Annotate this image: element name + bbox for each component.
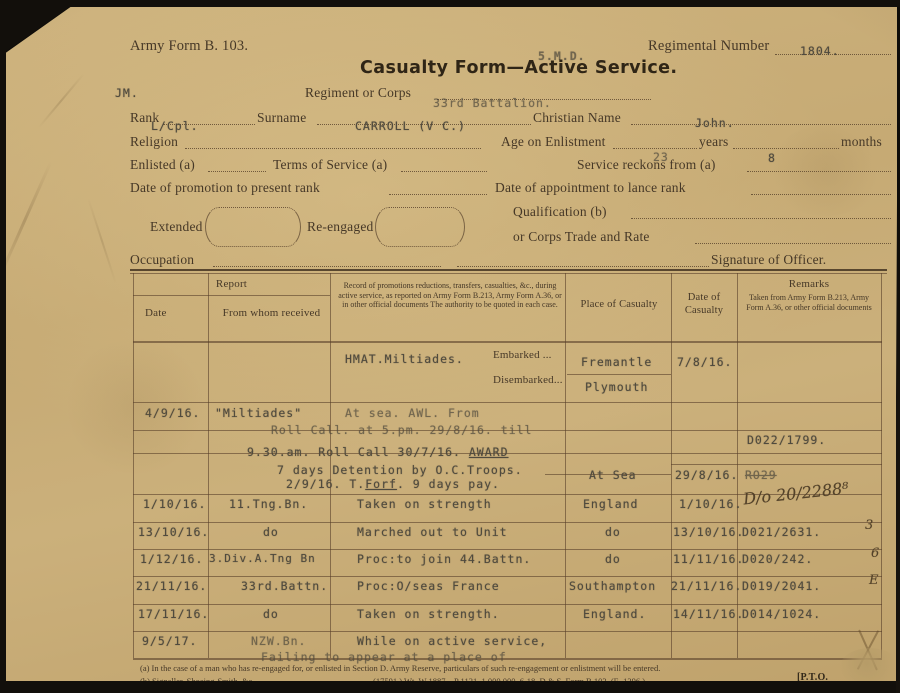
table-border [208,273,209,658]
dotted-line [631,124,891,125]
margin-initials: JM. [115,86,139,100]
paper-crease [38,74,85,129]
row-record-continued: Failing to appear at a place of [261,650,507,664]
paper-crease [0,161,52,281]
row-place: England [583,497,638,511]
dotted-line [401,171,487,172]
enlisted-label: Enlisted (a) [130,157,195,173]
row-from: 11.Tng.Bn. [229,497,308,511]
date-header: Date [145,307,167,319]
extended-entry-box [205,207,301,247]
months-label: months [841,134,882,150]
awl-report-date: 4/9/16. [145,406,200,420]
rule-line [567,374,671,375]
disembarked-label: Disembarked... [493,374,563,386]
dotted-line [631,218,891,219]
dotted-line [747,171,891,172]
row-handwritten-mark: E [869,573,879,588]
surname-label: Surname [257,110,306,126]
rule-line [671,464,882,465]
regiment-label: Regiment or Corps [305,85,411,101]
awl-casualty-date: 29/8/16. [675,468,738,482]
awl-record-line5: 2/9/16. T.Forf. 9 days pay. [286,477,500,491]
awl-record-line3: 9.30.am. Roll Call 30/7/16. AWARD [247,445,509,459]
row-record: Taken on strength. [357,607,500,621]
row-from: NZW.Bn. [251,634,306,648]
rule-line [133,631,882,632]
row-remark: D014/1024. [742,607,821,621]
dotted-line [695,243,891,244]
row-handwritten-mark: 6 [871,546,879,561]
surname-value: CARROLL (V C.) [355,119,466,133]
rule-line [133,522,882,523]
row-remark: D021/2631. [742,525,821,539]
place-header: Place of Casualty [567,299,671,310]
torn-corner [5,6,71,52]
awl-struck-ref: RO29 [745,468,777,482]
rule-line [133,658,882,660]
row-from: do [263,607,279,621]
paper-sheet: Army Form B. 103. 5.M.D. Casualty Form—A… [5,6,897,682]
row-from: 3.Div.A.Tng Bn [209,552,316,565]
embarked-label: Embarked ... [493,349,552,361]
terms-label: Terms of Service (a) [273,157,387,173]
dotted-line [733,148,839,149]
dotted-line [751,194,891,195]
form-number: Army Form B. 103. [130,38,248,55]
lance-label: Date of appointment to lance rank [495,180,686,196]
row-casualty-date: 11/11/16. [673,552,744,566]
dotted-line [213,266,441,267]
years-label: years [699,134,728,150]
row-casualty-date: 21/11/16. [671,579,742,593]
table-border [133,273,134,658]
awl-record-line3-text: 9.30.am. Roll Call 30/7/16. [247,445,461,459]
row-place: England. [583,607,646,621]
dotted-line [389,194,487,195]
row-date: 17/11/16. [138,607,209,621]
row-handwritten-remark: D/o 20/2288⁸ [742,479,849,509]
row-record: Proc:to join 44.Battn. [357,552,531,566]
row-handwritten-mark: 3 [865,518,873,533]
row-date: 1/12/16. [140,552,203,566]
dotted-line [185,148,481,149]
row-date: 9/5/17. [142,634,197,648]
row-from: 33rd.Battn. [241,579,328,593]
footnote-a: (a) In the case of a man who has re-enga… [140,663,660,673]
record-header: Record of promotions reductions, transfe… [337,281,563,310]
scan-edge-right [896,200,900,693]
row-casualty-date: 1/10/16. [679,497,742,511]
table-border [881,273,882,658]
table-border [737,273,738,658]
dotted-line [613,148,697,149]
reengaged-entry-box [375,207,465,247]
extended-label: Extended [150,219,203,235]
scan-edge-top [0,0,900,7]
paper-crease [87,198,117,284]
row-casualty-date: 13/10/16. [673,525,744,539]
row-remark: D019/2041. [742,579,821,593]
regiment-value: 33rd Battalion. [433,96,552,110]
row-remark: D020/242. [742,552,813,566]
awl-from: "Miltiades" [215,406,302,420]
row-record: Marched out to Unit [357,525,508,539]
age-label: Age on Enlistment [501,134,606,150]
occupation-label: Occupation [130,252,194,268]
regimental-number-value: 1804. [800,44,840,58]
rule-line [133,341,882,343]
remarks-header: Remarks [737,278,881,290]
from-header: From whom received [213,307,330,319]
christian-name-value: John. [695,116,735,130]
dotted-line [457,266,709,267]
rule-line [133,402,882,403]
scan-edge-bottom [0,681,900,693]
scan-edge-left [0,0,6,693]
regimental-number-label: Regimental Number [648,38,769,55]
row-place: Southampton [569,579,656,593]
ship-name: HMAT.Miltiades. [345,352,464,366]
qualification-label: Qualification (b) [513,204,607,220]
embark-date: 7/8/16. [677,355,732,369]
christian-name-label: Christian Name [533,110,621,126]
age-months-value: 8 [768,151,776,165]
row-record: While on active service, [357,634,547,648]
rule-line [133,604,882,605]
awl-forfeit: Forf [365,477,397,491]
rule-line [130,269,887,271]
table-border [671,273,672,658]
scanned-casualty-form: Army Form B. 103. 5.M.D. Casualty Form—A… [0,0,900,693]
awl-award: AWARD [469,445,509,459]
row-casualty-date: 14/11/16. [673,607,744,621]
promotion-label: Date of promotion to present rank [130,180,320,196]
rank-value: L/Cpl. [151,119,199,133]
row-place: do [605,525,621,539]
rule-line [130,273,887,274]
awl-record-line1: At sea. AWL. From [345,406,480,420]
rule-line [133,576,882,577]
awl-place: At Sea [589,468,637,482]
disembark-place: Plymouth [585,380,648,394]
dotted-line [208,171,266,172]
rule-line [133,549,882,550]
table-border [565,273,566,658]
age-years-value: 23 [653,150,669,164]
awl-record-line4: 7 days Detention by O.C.Troops. [277,463,523,477]
remarks-subheader: Taken from Army Form B.213, Army Form A.… [745,293,873,312]
casualty-date-header-line1: Date of [671,292,737,303]
reengaged-label: Re-engaged [307,219,373,235]
row-from: do [263,525,279,539]
service-label: Service reckons from (a) [577,157,716,173]
row-date: 1/10/16. [143,497,206,511]
signature-label: Signature of Officer. [711,252,826,268]
row-record: Taken on strength [357,497,492,511]
form-title: Casualty Form—Active Service. [360,58,677,78]
rule-line [133,295,330,296]
row-date: 21/11/16. [136,579,207,593]
casualty-date-header-line2: Casualty [671,305,737,316]
awl-line5a: 2/9/16. T. [286,477,365,491]
awl-line5c: . 9 days pay. [397,477,500,491]
awl-remark: D022/1799. [747,433,826,447]
embark-place: Fremantle [581,355,652,369]
report-header: Report [133,278,330,290]
awl-record-line2: Roll Call. at 5.pm. 29/8/16. till [271,423,532,437]
religion-label: Religion [130,134,178,150]
row-place: do [605,552,621,566]
row-date: 13/10/16. [138,525,209,539]
corps-trade-label: or Corps Trade and Rate [513,229,650,245]
row-record: Proc:O/seas France [357,579,500,593]
